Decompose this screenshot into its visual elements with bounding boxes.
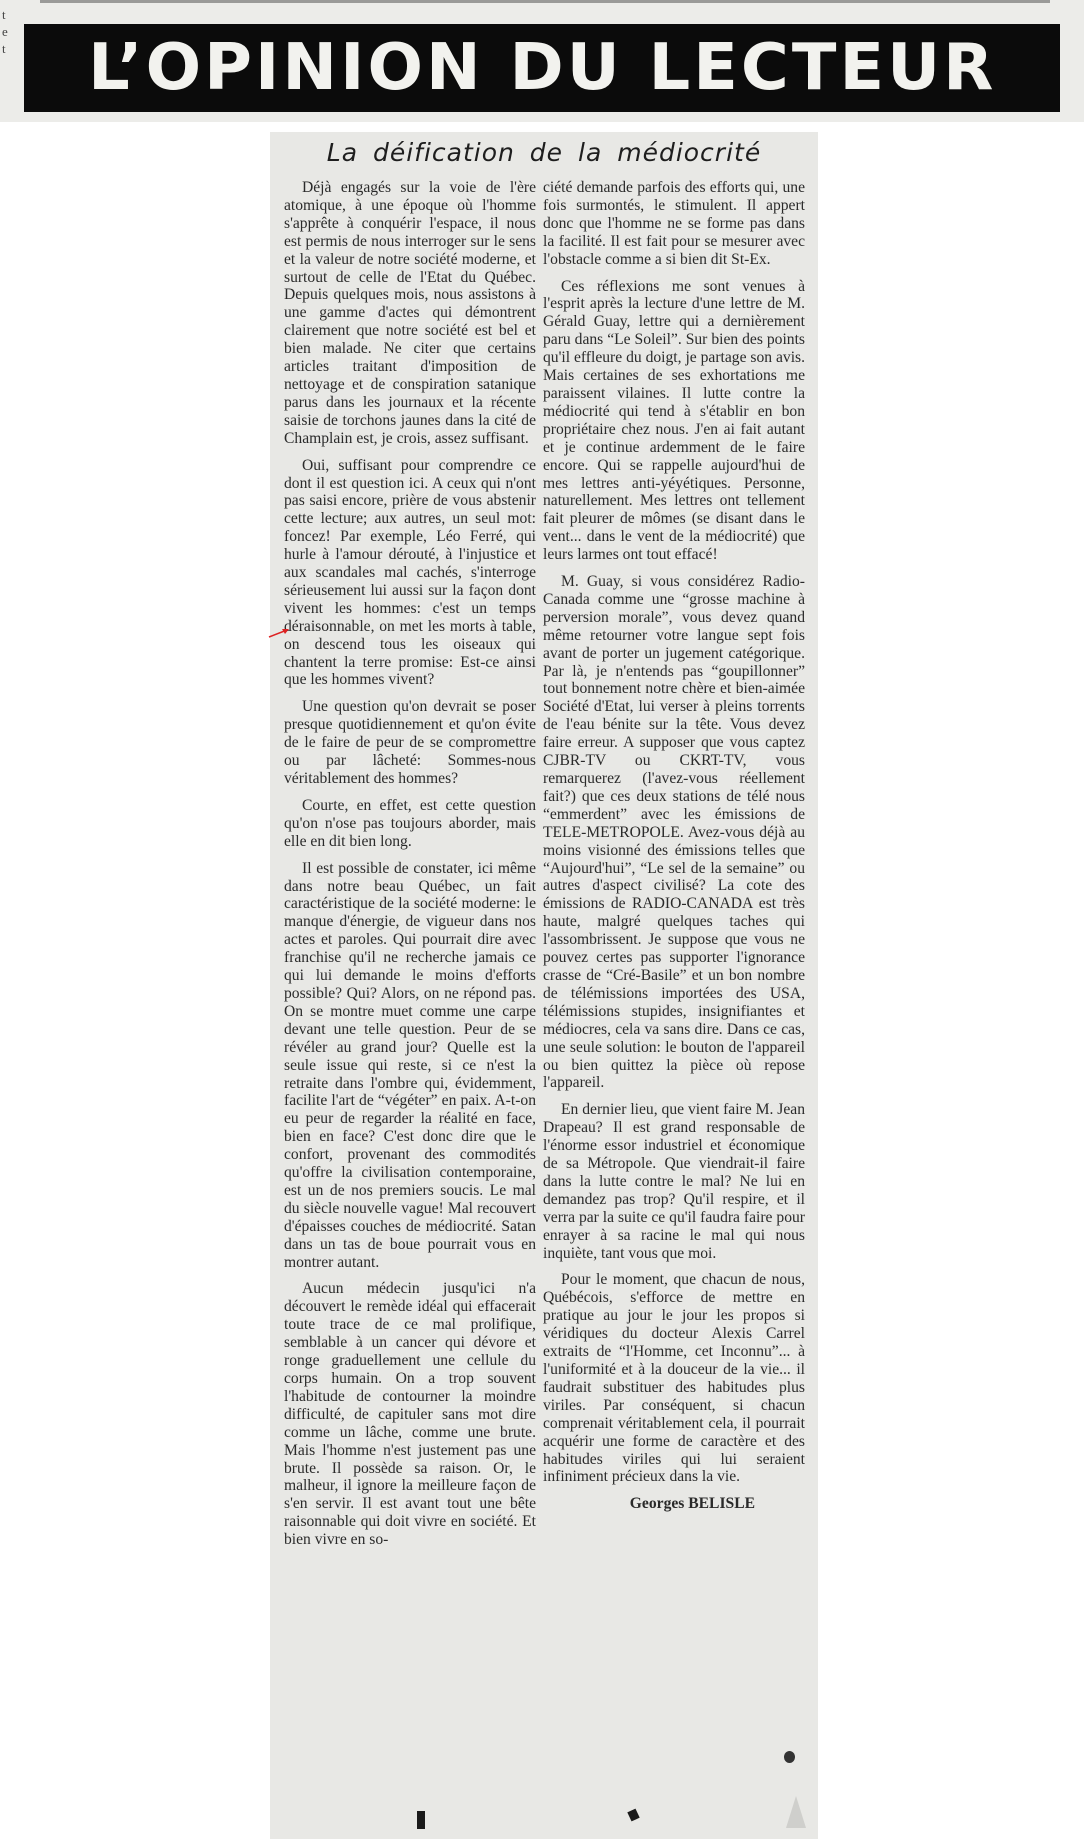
paragraph-continued: ciété demande parfois des efforts qui, u… bbox=[543, 179, 805, 269]
margin-letters: t e t bbox=[2, 6, 16, 57]
punch-hole-dot-icon bbox=[784, 1751, 795, 1763]
paragraph: Ces réflexions me sont venues à l'esprit… bbox=[543, 278, 805, 565]
paragraph: Déjà engagés sur la voie de l'ère atomiq… bbox=[284, 179, 536, 448]
top-rule bbox=[40, 0, 1050, 3]
paragraph: En dernier lieu, que vient faire M. Jean… bbox=[543, 1101, 805, 1262]
margin-letter: e bbox=[2, 23, 16, 40]
ink-blot-icon bbox=[417, 1811, 425, 1829]
paragraph: Il est possible de constater, ici même d… bbox=[284, 860, 536, 1272]
article-clipping: La déification de la médiocrité Déjà eng… bbox=[270, 132, 818, 1839]
section-banner: L’OPINION DU LECTEUR bbox=[24, 24, 1060, 112]
author-signature: Georges BELISLE bbox=[543, 1495, 805, 1513]
article-column-left: Déjà engagés sur la voie de l'ère atomiq… bbox=[284, 179, 536, 1558]
paragraph: M. Guay, si vous considérez Radio-Canada… bbox=[543, 573, 805, 1092]
red-arrow-annotation-icon bbox=[268, 628, 290, 638]
masthead: t e t L’OPINION DU LECTEUR bbox=[0, 0, 1084, 122]
paragraph: Une question qu'on devrait se poser pres… bbox=[284, 698, 536, 788]
paragraph: Oui, suffisant pour comprendre ce dont i… bbox=[284, 457, 536, 690]
fold-mark-icon bbox=[786, 1796, 806, 1828]
margin-letter: t bbox=[2, 40, 16, 57]
article-column-right: ciété demande parfois des efforts qui, u… bbox=[543, 179, 805, 1513]
paragraph: Aucun médecin jusqu'ici n'a découvert le… bbox=[284, 1280, 536, 1549]
section-title: L’OPINION DU LECTEUR bbox=[88, 31, 996, 105]
margin-letter: t bbox=[2, 6, 16, 23]
paragraph: Pour le moment, que chacun de nous, Québ… bbox=[543, 1271, 805, 1486]
article-headline: La déification de la médiocrité bbox=[270, 138, 818, 167]
paragraph: Courte, en effet, est cette question qu'… bbox=[284, 797, 536, 851]
